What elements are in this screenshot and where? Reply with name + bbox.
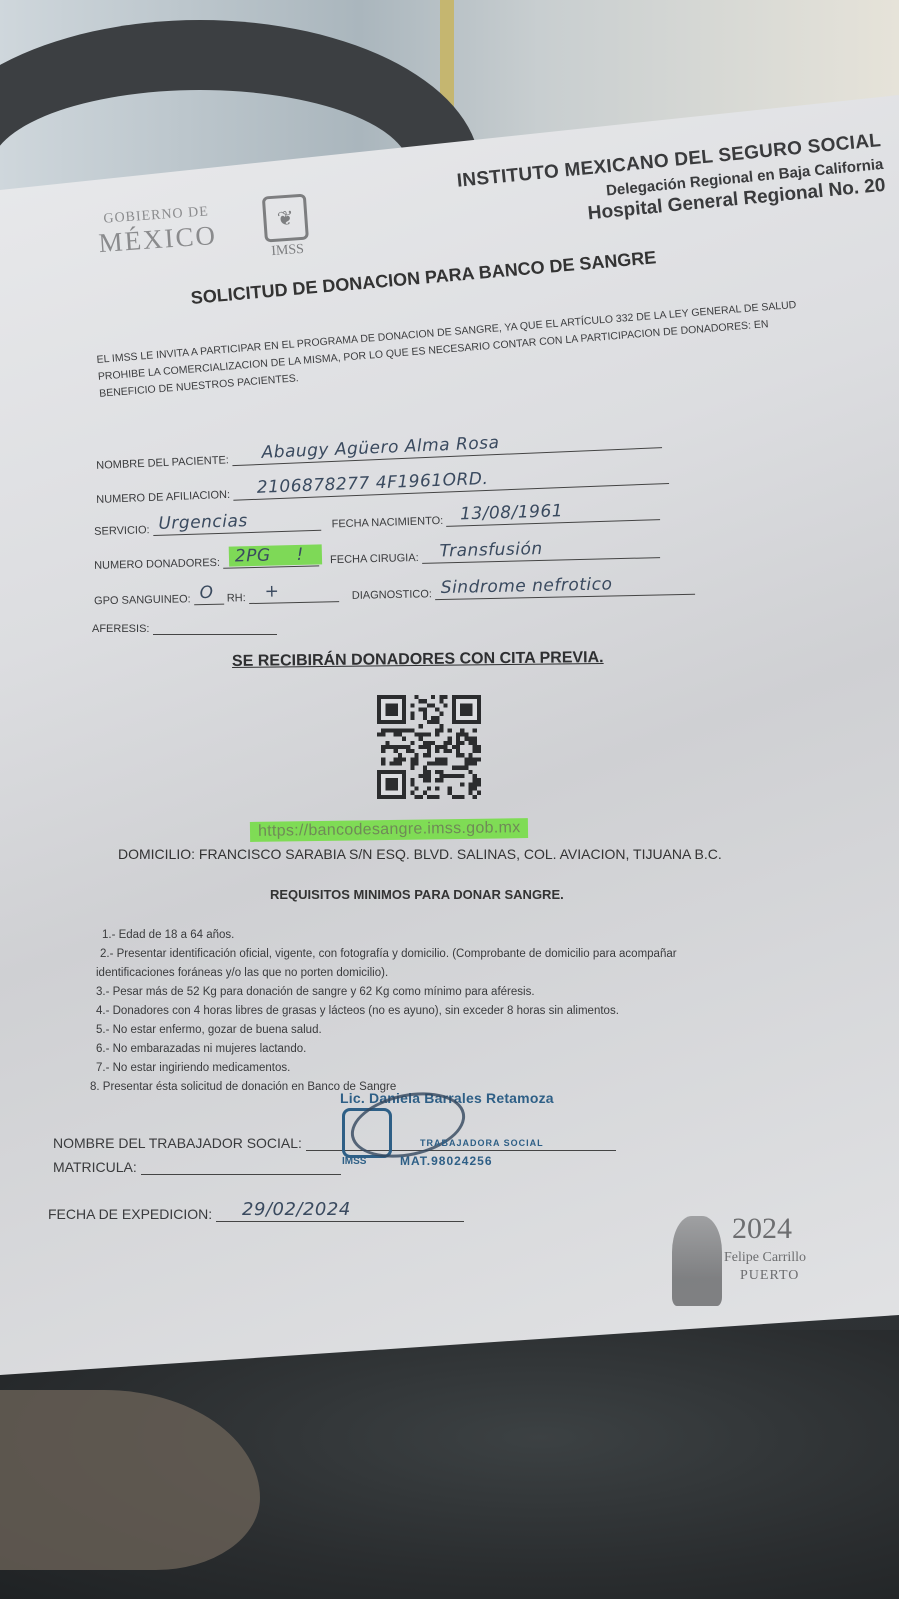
diagnosis-value: Sindrome nefrotico: [441, 574, 613, 598]
document-title: SOLICITUD DE DONACION PARA BANCO DE SANG…: [190, 247, 657, 309]
stamp-matricula: MAT.98024256: [400, 1154, 493, 1168]
document: GOBIERNO DE MÉXICO ❦ IMSS INSTITUTO MEXI…: [0, 0, 899, 1599]
requirements-title: REQUISITOS MINIMOS PARA DONAR SANGRE.: [270, 887, 564, 902]
diagnosis-label: DIAGNOSTICO:: [352, 588, 432, 602]
surgery-date-value: Transfusión: [439, 539, 543, 562]
requirement-item: 4.- Donadores con 4 horas libres de gras…: [96, 1002, 816, 1021]
imss-eagle-emblem-icon: ❦: [262, 194, 309, 243]
issue-date-value: 29/02/2024: [242, 1199, 351, 1220]
rh-label: RH:: [227, 592, 246, 604]
issue-date-field: FECHA DE EXPEDICION: 29/02/2024: [48, 1205, 464, 1222]
patient-name-value: Abaugy Agüero Alma Rosa: [261, 433, 500, 463]
appointment-notice: SE RECIBIRÁN DONADORES CON CITA PREVIA.: [232, 649, 604, 671]
requirement-item: 7.- No estar ingiriendo medicamentos.: [96, 1059, 816, 1078]
apheresis-field: AFERESIS:: [92, 620, 277, 635]
gobierno-de-mexico-logo: GOBIERNO DE MÉXICO: [97, 204, 218, 259]
imss-logo: ❦ IMSS: [262, 194, 310, 261]
address: DOMICILIO: FRANCISCO SARABIA S/N ESQ. BL…: [118, 846, 722, 862]
requirements-list: 1.- Edad de 18 a 64 años. 2.- Presentar …: [96, 926, 816, 1097]
donors-value: 2PG: [235, 546, 271, 567]
requirement-item: 1.- Edad de 18 a 64 años.: [96, 926, 816, 945]
requirement-item: 6.- No embarazadas ni mujeres lactando.: [96, 1040, 816, 1059]
portrait-icon: [672, 1216, 722, 1306]
qr-code-icon: [375, 695, 483, 799]
seal-name-line2: PUERTO: [740, 1268, 799, 1284]
affiliation-label: NUMERO DE AFILIACION:: [96, 489, 230, 506]
blood-bank-url-link[interactable]: https://bancodesangre.imss.gob.mx: [250, 818, 529, 842]
patient-name-field: NOMBRE DEL PACIENTE: Abaugy Agüero Alma …: [96, 433, 662, 472]
matricula-label: MATRICULA:: [53, 1159, 137, 1175]
birth-date-value: 13/08/1961: [460, 501, 564, 524]
document-header: INSTITUTO MEXICANO DEL SEGURO SOCIAL Del…: [422, 130, 886, 241]
requirement-item-continuation: identificaciones foráneas y/o las que no…: [96, 964, 816, 983]
affiliation-value: 2106878277 4F1961ORD.: [256, 469, 488, 498]
donors-value-highlight: 2PG !: [229, 544, 322, 566]
apheresis-label: AFERESIS:: [92, 623, 149, 635]
social-worker-stamp: Lic. Daniela Barrales Retamoza TRABAJADO…: [340, 1090, 580, 1180]
seal-year: 2024: [732, 1212, 792, 1246]
social-worker-label: NOMBRE DEL TRABAJADOR SOCIAL:: [53, 1135, 302, 1151]
stamp-imss-label: IMSS: [342, 1156, 366, 1167]
surgery-date-label: FECHA CIRUGIA:: [330, 552, 419, 566]
blood-group-field: GPO SANGUINEO: O RH: + DIAGNOSTICO: Sind…: [94, 580, 695, 608]
issue-date-label: FECHA DE EXPEDICION:: [48, 1206, 212, 1222]
intro-paragraph: EL IMSS LE INVITA A PARTICIPAR EN EL PRO…: [96, 296, 818, 403]
affiliation-field: NUMERO DE AFILIACION: 2106878277 4F1961O…: [96, 469, 669, 506]
imss-logo-label: IMSS: [265, 241, 310, 260]
blood-group-label: GPO SANGUINEO:: [94, 593, 191, 607]
donors-field: NUMERO DONADORES: 2PG ! FECHA CIRUGIA: T…: [94, 543, 660, 572]
birth-date-label: FECHA NACIMIENTO:: [331, 515, 443, 531]
service-field: SERVICIO: Urgencias FECHA NACIMIENTO: 13…: [94, 505, 660, 538]
seal-name-line1: Felipe Carrillo: [724, 1250, 806, 1266]
requirement-item: 2.- Presentar identificación oficial, vi…: [96, 945, 816, 964]
stamp-role: TRABAJADORA SOCIAL: [420, 1138, 544, 1148]
service-value: Urgencias: [158, 511, 248, 534]
requirement-item: 5.- No estar enfermo, gozar de buena sal…: [96, 1021, 816, 1040]
rh-value: +: [264, 581, 279, 601]
requirement-item: 3.- Pesar más de 52 Kg para donación de …: [96, 983, 816, 1002]
matricula-field: MATRICULA:: [53, 1158, 341, 1175]
donors-mark: !: [296, 545, 304, 565]
donors-label: NUMERO DONADORES:: [94, 557, 220, 572]
patient-name-label: NOMBRE DEL PACIENTE:: [96, 454, 229, 472]
felipe-carrillo-puerto-seal: 2024 Felipe Carrillo PUERTO: [672, 1212, 822, 1312]
service-label: SERVICIO:: [94, 524, 150, 538]
blood-group-value: O: [199, 583, 213, 603]
